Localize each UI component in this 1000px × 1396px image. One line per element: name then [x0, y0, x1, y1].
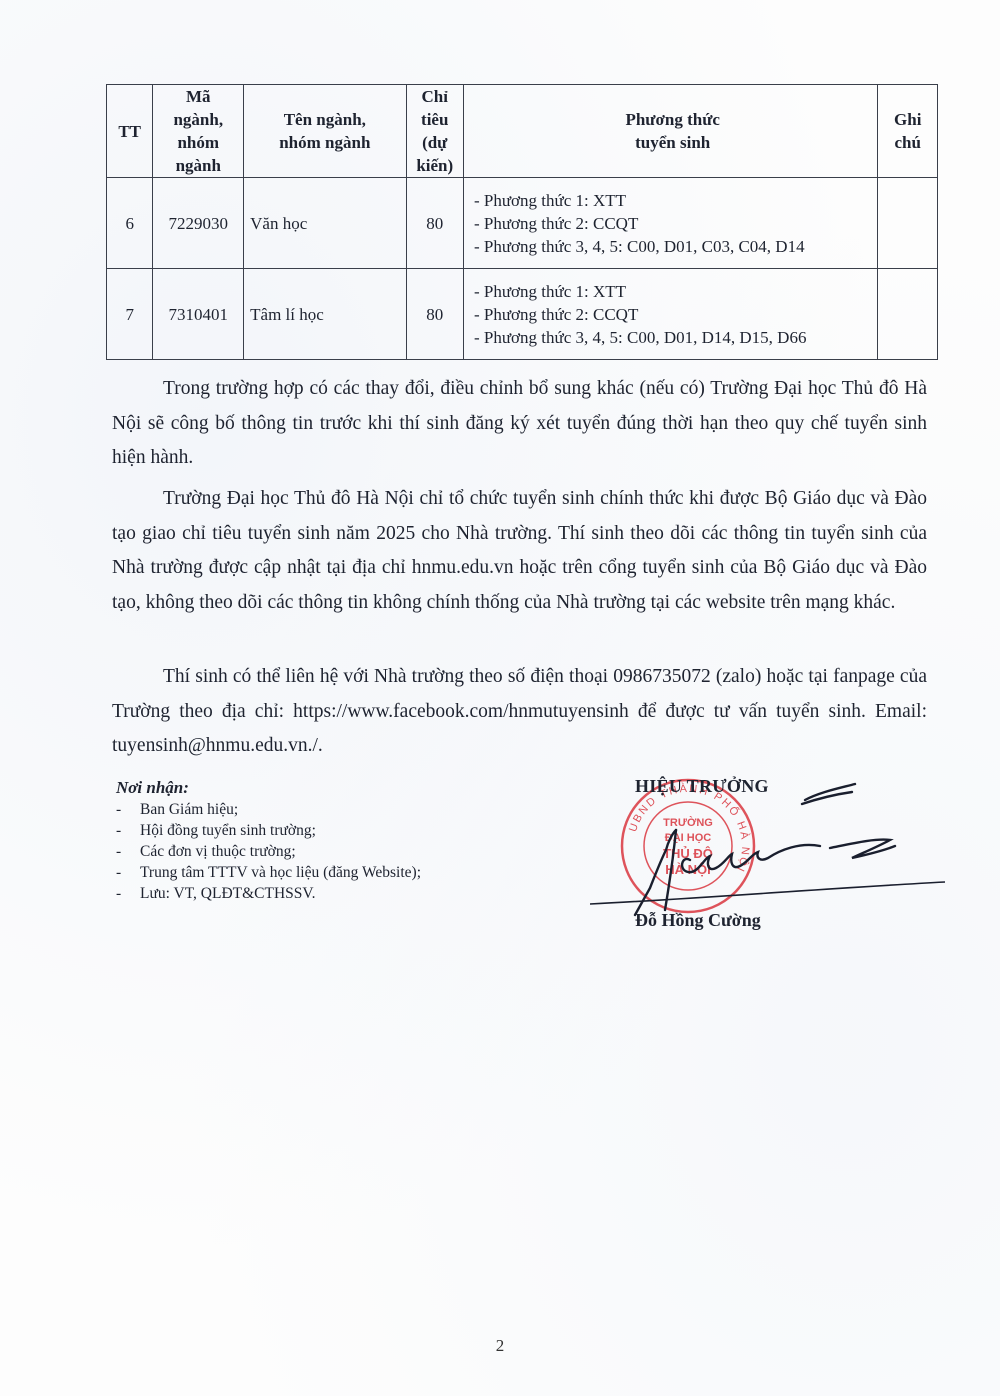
- paragraph-contact-info: Thí sinh có thể liên hệ với Nhà trường t…: [112, 660, 927, 764]
- signer-title: HIỆU TRƯỞNG: [635, 776, 769, 797]
- signer-name: Đỗ Hồng Cường: [635, 910, 761, 931]
- header-name: Tên ngành, nhóm ngành: [244, 85, 406, 178]
- cell-methods: - Phương thức 1: XTT - Phương thức 2: CC…: [463, 269, 877, 360]
- cell-code: 7310401: [153, 269, 244, 360]
- method-line: - Phương thức 2: CCQT: [474, 303, 871, 326]
- table-header-row: TT Mã ngành, nhóm ngành Tên ngành, nhóm …: [107, 85, 938, 178]
- header-tt: TT: [107, 85, 153, 178]
- cell-tt: 6: [107, 178, 153, 269]
- list-item: -Hội đồng tuyển sinh trường;: [116, 820, 421, 841]
- recipients-title: Nơi nhận:: [116, 777, 421, 798]
- header-quota: Chỉ tiêu (dự kiến): [406, 85, 463, 178]
- header-code: Mã ngành, nhóm ngành: [153, 85, 244, 178]
- table-row: 7 7310401 Tâm lí học 80 - Phương thức 1:…: [107, 269, 938, 360]
- signature-block: UBND THÀNH PHỐ HÀ NỘI TRƯỜNG ĐẠI HỌC THỦ…: [590, 770, 950, 950]
- cell-note: [878, 269, 938, 360]
- paragraph-official-admission: Trường Đại học Thủ đô Hà Nội chỉ tổ chức…: [112, 482, 927, 620]
- cell-code: 7229030: [153, 178, 244, 269]
- list-item: -Ban Giám hiệu;: [116, 799, 421, 820]
- cell-tt: 7: [107, 269, 153, 360]
- method-line: - Phương thức 3, 4, 5: C00, D01, D14, D1…: [474, 326, 871, 349]
- cell-quota: 80: [406, 269, 463, 360]
- header-note: Ghi chú: [878, 85, 938, 178]
- admissions-table: TT Mã ngành, nhóm ngành Tên ngành, nhóm …: [106, 84, 938, 360]
- list-item: -Trung tâm TTTV và học liệu (đăng Websit…: [116, 862, 421, 883]
- method-line: - Phương thức 1: XTT: [474, 280, 871, 303]
- page-number: 2: [0, 1336, 1000, 1356]
- cell-methods: - Phương thức 1: XTT - Phương thức 2: CC…: [463, 178, 877, 269]
- table-row: 6 7229030 Văn học 80 - Phương thức 1: XT…: [107, 178, 938, 269]
- list-item: -Lưu: VT, QLĐT&CTHSSV.: [116, 883, 421, 904]
- recipients-list: -Ban Giám hiệu; -Hội đồng tuyển sinh trư…: [116, 799, 421, 904]
- paragraph-changes-notice: Trong trường hợp có các thay đổi, điều c…: [112, 372, 927, 476]
- header-method: Phương thức tuyển sinh: [463, 85, 877, 178]
- cell-name: Văn học: [244, 178, 406, 269]
- cell-note: [878, 178, 938, 269]
- list-item: -Các đơn vị thuộc trường;: [116, 841, 421, 862]
- recipients-block: Nơi nhận: -Ban Giám hiệu; -Hội đồng tuyể…: [116, 777, 421, 904]
- method-line: - Phương thức 1: XTT: [474, 189, 871, 212]
- method-line: - Phương thức 3, 4, 5: C00, D01, C03, C0…: [474, 235, 871, 258]
- cell-quota: 80: [406, 178, 463, 269]
- method-line: - Phương thức 2: CCQT: [474, 212, 871, 235]
- cell-name: Tâm lí học: [244, 269, 406, 360]
